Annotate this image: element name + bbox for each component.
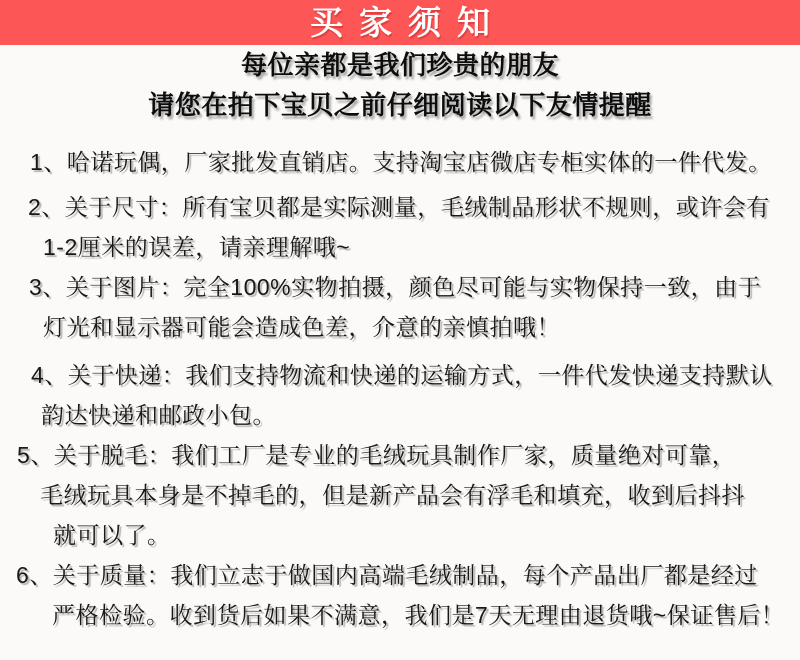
notice-line: 4、关于快递：我们支持物流和快递的运输方式，一件代发快递支持默认 (0, 355, 800, 395)
notice-item-1: 1、哈诺玩偶，厂家批发直销店。支持淘宝店微店专柜实体的一件代发。 (0, 142, 800, 182)
notice-item-2: 2、关于尺寸：所有宝贝都是实际测量，毛绒制品形状不规则，或许会有 1-2厘米的误… (0, 187, 800, 267)
notice-line: 5、关于脱毛：我们工厂是专业的毛绒玩具制作厂家，质量绝对可靠， (0, 435, 800, 475)
notice-line: 1、哈诺玩偶，厂家批发直销店。支持淘宝店微店专柜实体的一件代发。 (0, 142, 800, 182)
intro-heading-2: 请您在拍下宝贝之前仔细阅读以下友情提醒 (0, 87, 800, 123)
notice-list: 1、哈诺玩偶，厂家批发直销店。支持淘宝店微店专柜实体的一件代发。 2、关于尺寸：… (0, 142, 800, 635)
banner: 买家须知 (0, 0, 800, 45)
notice-line: 韵达快递和邮政小包。 (0, 395, 800, 435)
notice-line: 2、关于尺寸：所有宝贝都是实际测量，毛绒制品形状不规则，或许会有 (0, 187, 800, 227)
notice-item-6: 6、关于质量：我们立志于做国内高端毛绒制品，每个产品出厂都是经过 严格检验。收到… (0, 555, 800, 635)
notice-line: 毛绒玩具本身是不掉毛的，但是新产品会有浮毛和填充，收到后抖抖 (0, 475, 800, 515)
notice-line: 灯光和显示器可能会造成色差，介意的亲慎拍哦！ (0, 307, 800, 347)
notice-item-3: 3、关于图片：完全100%实物拍摄，颜色尽可能与实物保持一致，由于 灯光和显示器… (0, 267, 800, 347)
notice-item-4: 4、关于快递：我们支持物流和快递的运输方式，一件代发快递支持默认 韵达快递和邮政… (0, 355, 800, 435)
notice-line: 3、关于图片：完全100%实物拍摄，颜色尽可能与实物保持一致，由于 (0, 267, 800, 307)
notice-line: 就可以了。 (0, 515, 800, 555)
intro-heading-1: 每位亲都是我们珍贵的朋友 (0, 47, 800, 83)
notice-line: 严格检验。收到货后如果不满意，我们是7天无理由退货哦~保证售后！ (0, 595, 800, 635)
intro-section: 每位亲都是我们珍贵的朋友 请您在拍下宝贝之前仔细阅读以下友情提醒 (0, 47, 800, 123)
notice-line: 6、关于质量：我们立志于做国内高端毛绒制品，每个产品出厂都是经过 (0, 555, 800, 595)
notice-line: 1-2厘米的误差，请亲理解哦~ (0, 227, 800, 267)
banner-title: 买家须知 (294, 0, 506, 45)
buyer-notice-page: 买家须知 每位亲都是我们珍贵的朋友 请您在拍下宝贝之前仔细阅读以下友情提醒 1、… (0, 0, 800, 660)
notice-item-5: 5、关于脱毛：我们工厂是专业的毛绒玩具制作厂家，质量绝对可靠， 毛绒玩具本身是不… (0, 435, 800, 555)
